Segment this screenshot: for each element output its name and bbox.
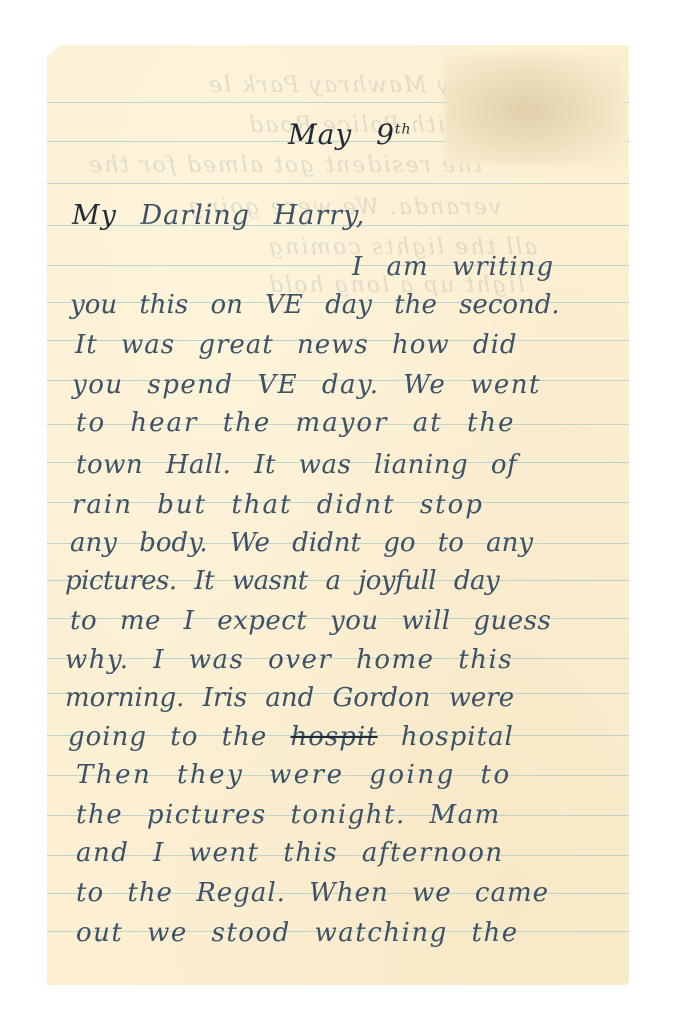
letter-line: I am writing	[352, 252, 554, 282]
show-through-text: my Mawhray Park le	[207, 73, 473, 98]
line-text: hospital	[401, 722, 514, 752]
letter-line: town Hall. It was lianing of	[76, 450, 517, 480]
letter-line: to me I expect you will guess	[70, 606, 551, 636]
salutation-rest: Darling Harry,	[141, 200, 366, 231]
letter-line: going to the hospit hospital	[68, 722, 514, 752]
letter-line: pictures. It wasnt a joyfull day	[65, 566, 499, 596]
letter-line: you this on VE day the second.	[70, 290, 560, 320]
date-suffix: th	[395, 122, 412, 138]
letter-line: It was great news how did	[75, 330, 518, 360]
line-text: going to the	[68, 722, 267, 752]
letter-line: to hear the mayor at the	[76, 408, 516, 438]
show-through-text: the resident got almed for the	[87, 153, 482, 178]
redacted-address-block	[445, 55, 625, 165]
letter-line: morning. Iris and Gordon were	[65, 683, 514, 713]
date-month: May	[288, 118, 352, 151]
letter-line: any body. We didnt go to any	[70, 528, 533, 558]
letter-line: Then they were going to	[76, 760, 512, 790]
salutation: My Darling Harry,	[72, 200, 365, 231]
letter-line: why. I was over home this	[65, 645, 513, 675]
letter-line: you spend VE day. We went	[72, 370, 541, 400]
letter-line: rain but that didnt stop	[72, 490, 484, 520]
letter-date: May 9th	[288, 118, 412, 151]
date-day: 9	[376, 118, 395, 151]
ruled-line	[47, 183, 629, 184]
letter-line: to the Regal. When we came	[76, 878, 549, 908]
letter-line: out we stood watching the	[76, 918, 519, 948]
struck-word: hospit	[290, 722, 377, 752]
letter-line: and I went this afternoon	[76, 838, 504, 868]
salutation-lead: My	[72, 200, 117, 231]
letter-line: the pictures tonight. Mam	[76, 800, 501, 830]
